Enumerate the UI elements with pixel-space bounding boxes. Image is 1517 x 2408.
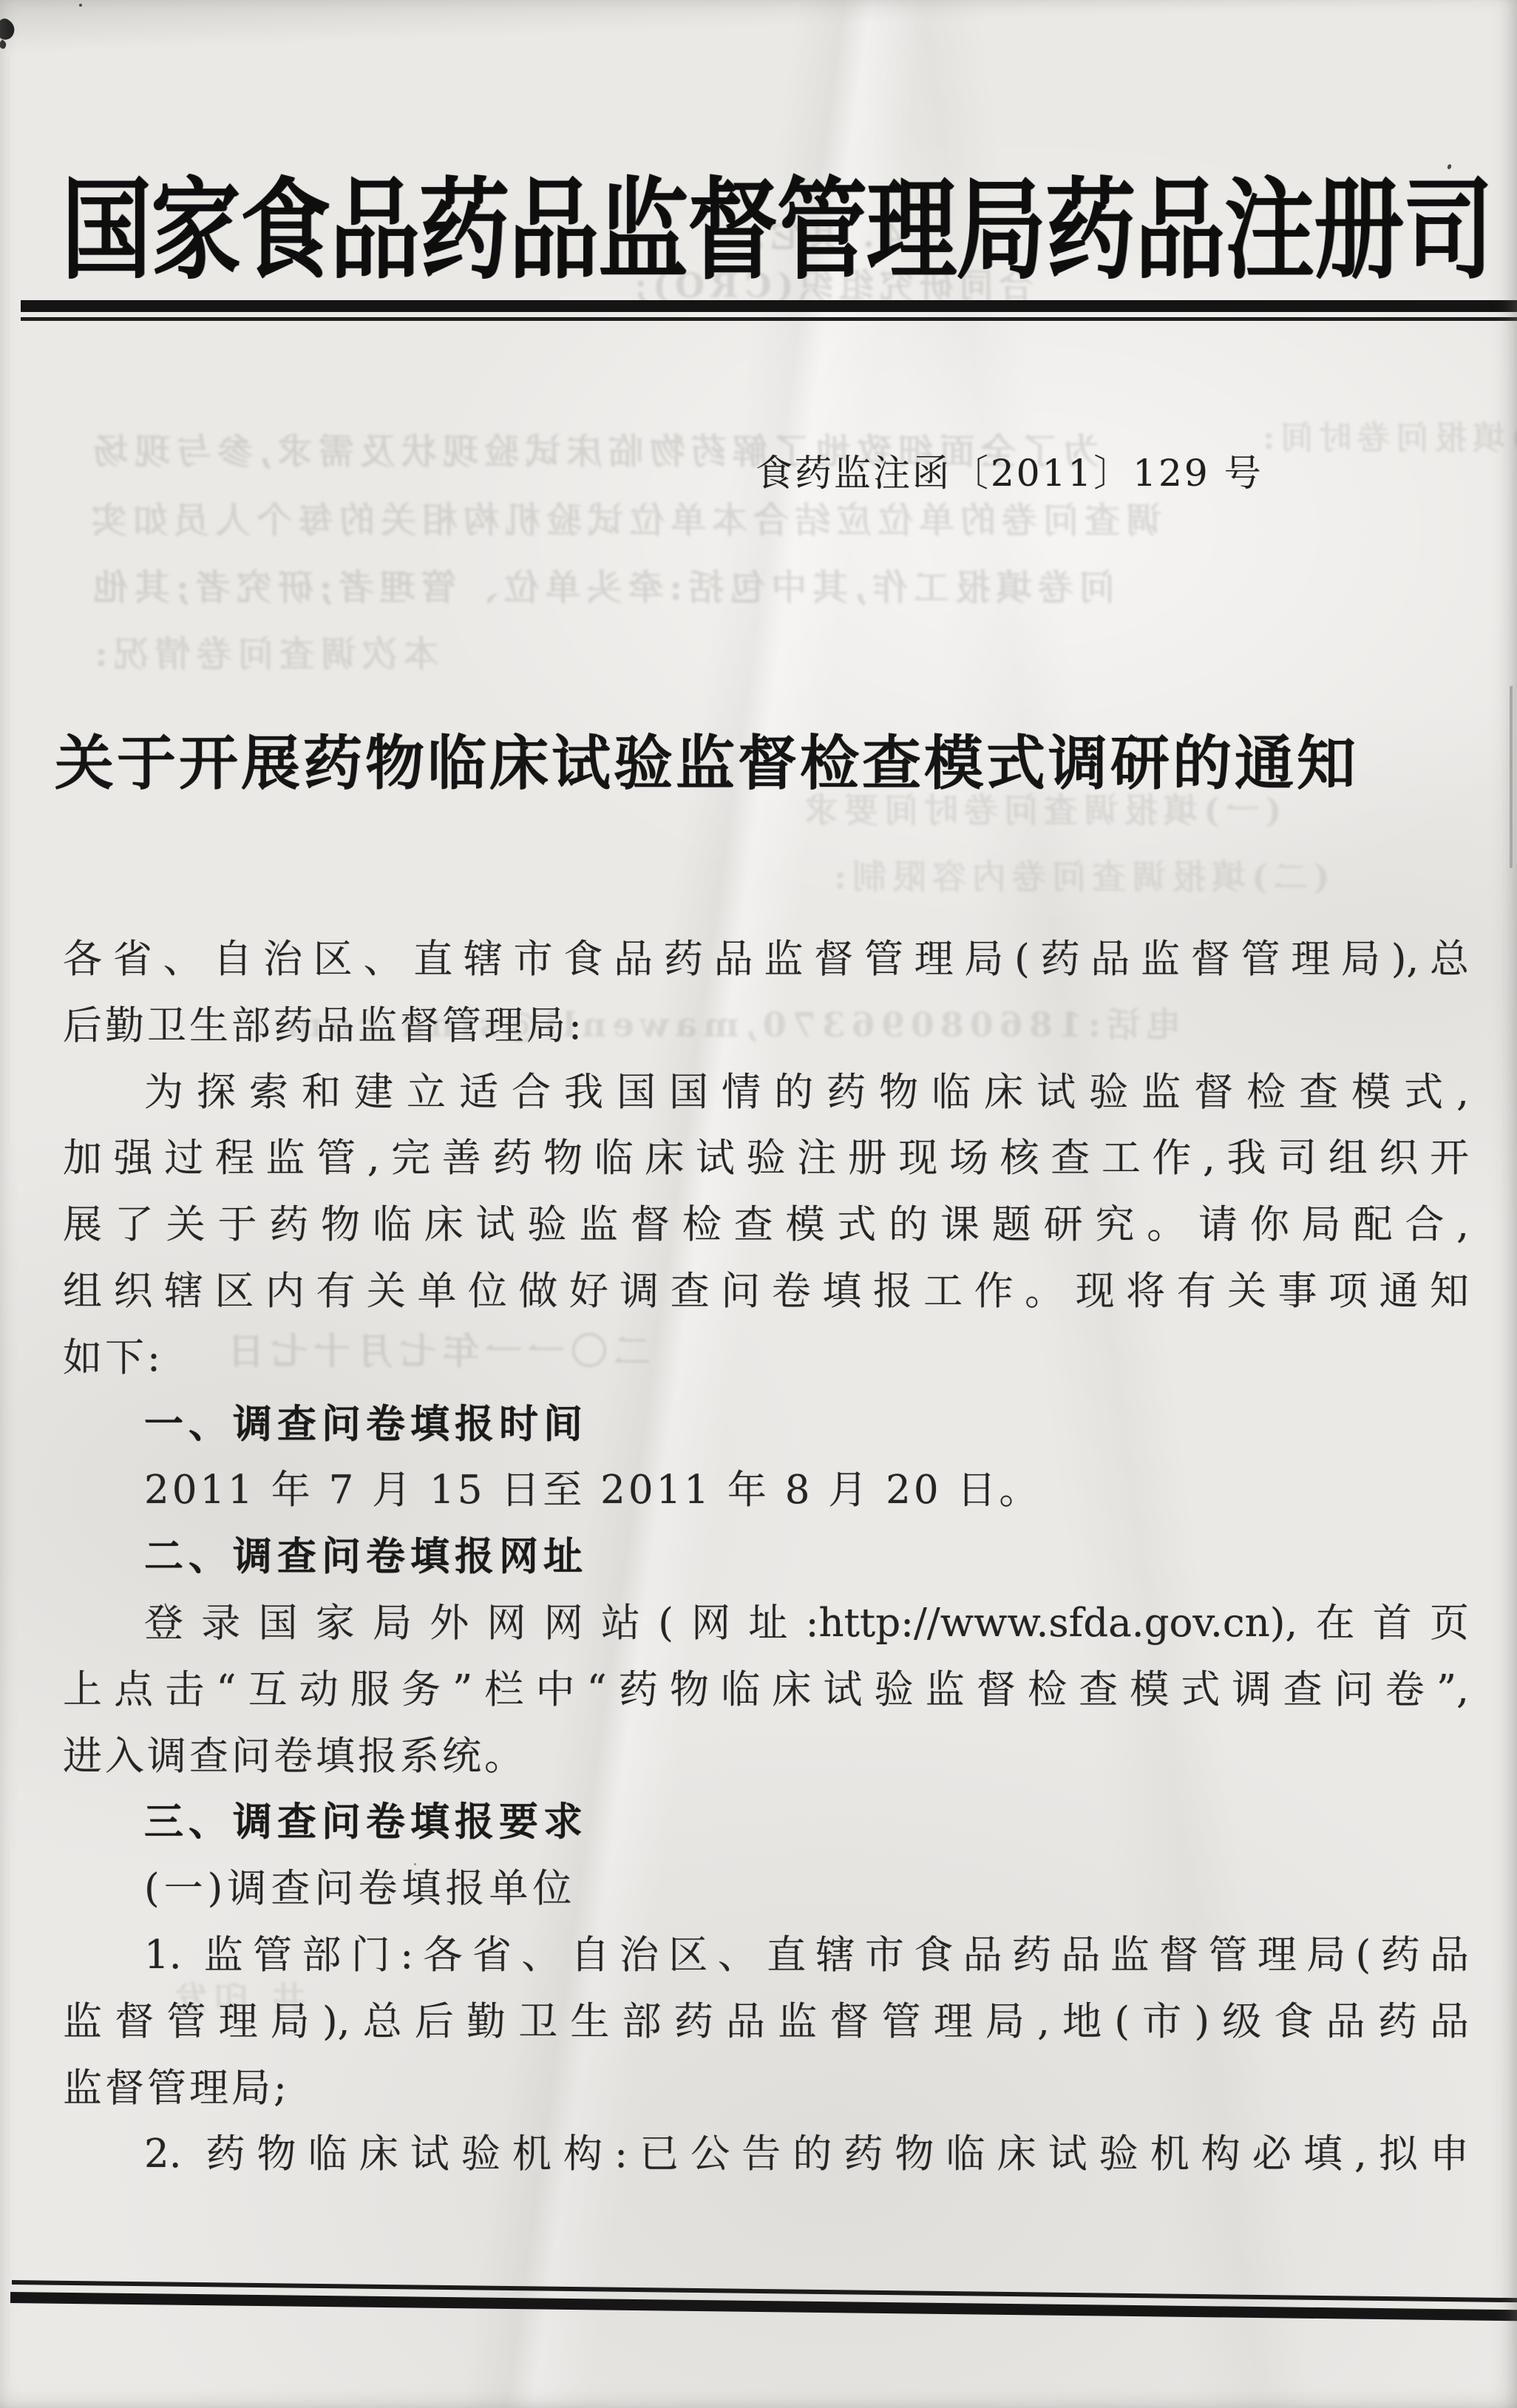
body-text: 各省、自治区、直辖市食品药品监督管理局(药品监督管理局),总后勤卫生部药品监督管…	[0, 0, 1517, 2408]
page-edge-streak	[1510, 686, 1513, 868]
body-line: 监督管理局;	[63, 2063, 1469, 2114]
body-line: 展了关于药物临床试验监督检查模式的课题研究。请你局配合,	[63, 1199, 1469, 1251]
document-page: 4. 其它。合同研究组织(CRO);为了全面细致地了解药物临床试验现状及需求,参…	[0, 0, 1517, 2408]
body-line: 2011 年 7 月 15 日至 2011 年 8 月 20 日。	[144, 1465, 1469, 1516]
body-line: 2. 药物临床试验机构:已公告的药物临床试验机构必填,拟申	[144, 2129, 1469, 2180]
body-line: (一)调查问卷填报单位	[144, 1863, 1469, 1915]
scan-speck	[79, 4, 82, 7]
body-line: 后勤卫生部药品监督管理局:	[63, 1000, 1469, 1052]
body-line: 如下:	[63, 1332, 1469, 1384]
body-line: 组织辖区内有关单位做好调查问卷填报工作。现将有关事项通知	[63, 1266, 1469, 1317]
body-line: 二、调查问卷填报网址	[144, 1531, 1469, 1583]
body-line: 1. 监管部门:各省、自治区、直辖市食品药品监督管理局(药品	[144, 1930, 1469, 1981]
body-line: 三、调查问卷填报要求	[144, 1797, 1469, 1848]
scan-speck	[414, 1863, 416, 1865]
body-line: 上点击“互动服务”栏中“药物临床试验监督检查模式调查问卷”,	[63, 1664, 1469, 1716]
body-line: 监督管理局),总后勤卫生部药品监督管理局,地(市)级食品药品	[63, 1996, 1469, 2048]
body-line: 登录国家局外网网站(网址:http://www.sfda.gov.cn),在首页	[144, 1598, 1469, 1649]
body-line: 一、调查问卷填报时间	[144, 1399, 1469, 1451]
body-line: 加强过程监管,完善药物临床试验注册现场核查工作,我司组织开	[63, 1133, 1469, 1184]
body-line: 各省、自治区、直辖市食品药品监督管理局(药品监督管理局),总	[63, 934, 1469, 986]
body-line: 为探索和建立适合我国国情的药物临床试验监督检查模式,	[144, 1067, 1469, 1119]
body-line: 进入调查问卷填报系统。	[63, 1731, 1469, 1783]
